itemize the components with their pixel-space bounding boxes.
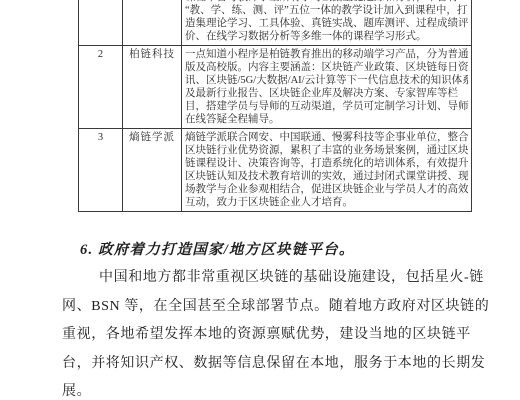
companies-table: 课程平台与教师学生所有学习数据上链追踪和分析，平台将“教、学、练、测、评”五位一… bbox=[78, 0, 472, 212]
row-number-cell bbox=[79, 0, 123, 46]
text-line: 区块链认知及技术教育培训的实效，通过封闭式课堂讲授、现 bbox=[185, 170, 468, 183]
text-line: 价、在线学习数据分析等多维一体的课程学习形式。 bbox=[185, 30, 468, 43]
text-line: 一点知道小程序是柏链教育推出的移动端学习产品，分为普通 bbox=[185, 48, 468, 61]
company-name-cell: 柏链科技 bbox=[123, 46, 182, 129]
text-line: 造集理论学习、工具体验、真链实战、题库测评、过程成绩评 bbox=[185, 17, 468, 30]
text-line: 重视，各地希望发挥本地的资源禀赋优势，建设当地的区块链平 bbox=[62, 321, 460, 350]
document-page: 课程平台与教师学生所有学习数据上链追踪和分析，平台将“教、学、练、测、评”五位一… bbox=[0, 0, 520, 400]
text-line: 互动，致力于区块链企业人才培育。 bbox=[185, 196, 468, 209]
table-row: 2 柏链科技 一点知道小程序是柏链教育推出的移动端学习产品，分为普通版及高校版。… bbox=[79, 46, 472, 129]
text-line: 场教学与企业参观相结合，促进区块链企业与学员人才的高效 bbox=[185, 183, 468, 196]
text-line: 区块链行业优势资源，累积了丰富的业务场景案例，通过区块 bbox=[185, 144, 468, 157]
text-line: 链课程设计、决策咨询等，打造系统化的培训体系，有效提升 bbox=[185, 157, 468, 170]
text-line: 讯、区块链/5G/大数据/AI/云计算等下一代信息技术的知识体系 bbox=[185, 74, 468, 87]
text-line: 台，并将知识产权、数据等信息保留在本地，服务于本地的长期发 bbox=[62, 350, 460, 379]
text-line: 展。 bbox=[62, 378, 460, 400]
text-line: 及最新行业报告、区块链企业库及解决方案、专家智库等栏 bbox=[185, 87, 468, 100]
text-line: 目，搭建学员与导师的互动渠道，学员可定制学习计划、导师 bbox=[185, 100, 468, 113]
text-line: 中国和地方都非常重视区块链的基础设施建设，包括星火-链 bbox=[62, 264, 460, 293]
company-name-cell: 熵链学派 bbox=[123, 129, 182, 212]
table-row: 课程平台与教师学生所有学习数据上链追踪和分析，平台将“教、学、练、测、评”五位一… bbox=[79, 0, 472, 46]
text-line: 熵链学派联合网安、中国联通、慢雾科技等企事业单位，整合 bbox=[185, 131, 468, 144]
company-description-cell: 一点知道小程序是柏链教育推出的移动端学习产品，分为普通版及高校版。内容主要涵盖：… bbox=[182, 46, 472, 129]
text-line: 网、BSN 等，在全国甚至全球部署节点。随着地方政府对区块链的 bbox=[62, 293, 460, 322]
company-name-cell bbox=[123, 0, 182, 46]
row-number-cell: 2 bbox=[79, 46, 123, 129]
text-line: “教、学、练、测、评”五位一体的教学设计加入到课程中，打 bbox=[185, 4, 468, 17]
row-number-cell: 3 bbox=[79, 129, 123, 212]
section-heading: 6. 政府着力打造国家/地方区块链平台。 bbox=[80, 238, 480, 259]
text-line: 在线答疑全程辅导。 bbox=[185, 113, 468, 126]
table-row: 3 熵链学派 熵链学派联合网安、中国联通、慢雾科技等企事业单位，整合区块链行业优… bbox=[79, 129, 472, 212]
body-paragraph: 中国和地方都非常重视区块链的基础设施建设，包括星火-链网、BSN 等，在全国甚至… bbox=[62, 264, 460, 400]
company-description-cell: 课程平台与教师学生所有学习数据上链追踪和分析，平台将“教、学、练、测、评”五位一… bbox=[182, 0, 472, 46]
text-line: 版及高校版。内容主要涵盖：区块链产业政策、区块链每日资 bbox=[185, 61, 468, 74]
company-description-cell: 熵链学派联合网安、中国联通、慢雾科技等企事业单位，整合区块链行业优势资源，累积了… bbox=[182, 129, 472, 212]
